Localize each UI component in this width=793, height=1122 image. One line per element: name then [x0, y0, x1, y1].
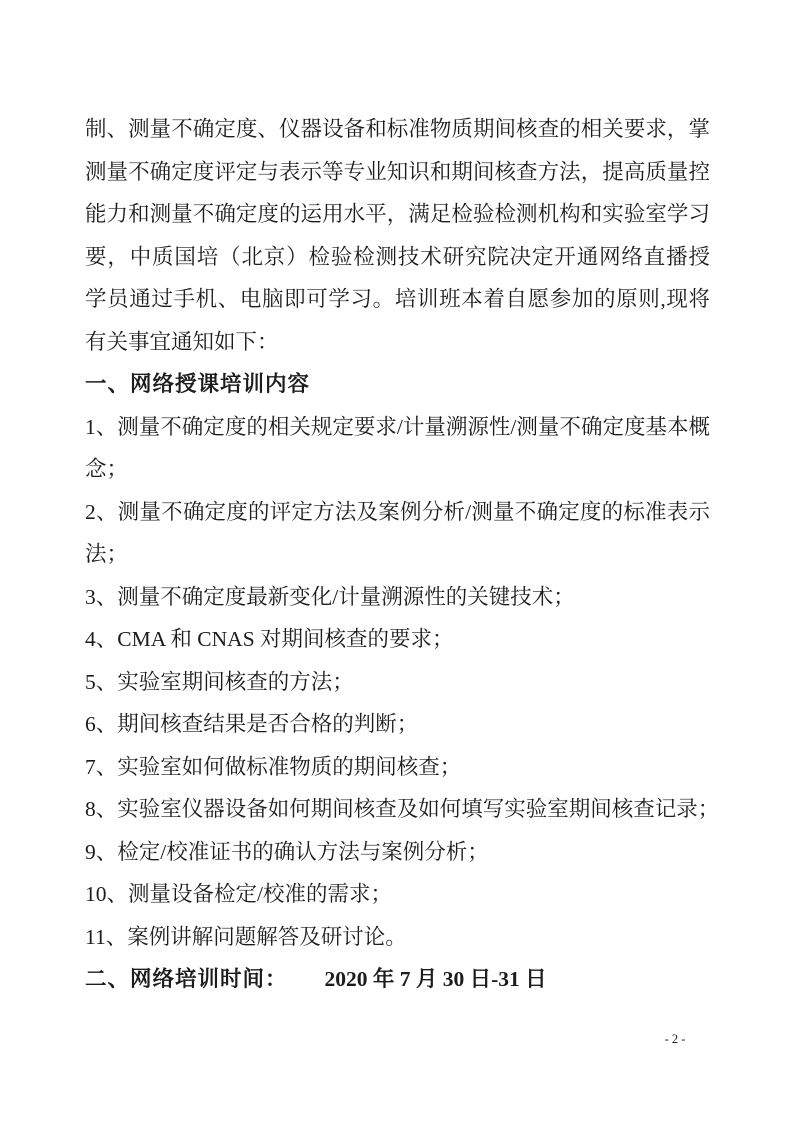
- intro-paragraph-line: 学员通过手机、电脑即可学习。培训班本着自愿参加的原则,现将培训: [85, 278, 710, 321]
- list-item-line: 念；: [85, 448, 710, 491]
- list-item-line: 1、测量不确定度的相关规定要求/计量溯源性/测量不确定度基本概: [85, 406, 710, 449]
- intro-paragraph-line: 要，中质国培（北京）检验检测技术研究院决定开通网络直播授课。: [85, 236, 710, 279]
- list-item-line: 3、测量不确定度最新变化/计量溯源性的关键技术；: [85, 576, 710, 619]
- page-number: - 2 -: [640, 1032, 710, 1047]
- list-item-line: 11、案例讲解问题解答及研讨论。: [85, 916, 710, 959]
- list-item-line: 5、实验室期间核查的方法；: [85, 661, 710, 704]
- section-2-heading: 二、网络培训时间：: [85, 958, 288, 1001]
- training-date: 2020 年 7 月 30 日-31 日: [325, 958, 547, 1001]
- section-2-line: 二、网络培训时间： 2020 年 7 月 30 日-31 日: [85, 958, 710, 1001]
- section-1-heading: 一、网络授课培训内容: [85, 363, 710, 406]
- page-body: 制、测量不确定度、仪器设备和标准物质期间核查的相关要求，掌握 测量不确定度评定与…: [85, 108, 710, 1001]
- list-item-line: 法；: [85, 533, 710, 576]
- list-item-line: 4、CMA 和 CNAS 对期间核查的要求；: [85, 618, 710, 661]
- list-item-line: 10、测量设备检定/校准的需求；: [85, 873, 710, 916]
- intro-paragraph-line: 有关事宜通知如下：: [85, 321, 710, 364]
- intro-paragraph-line: 制、测量不确定度、仪器设备和标准物质期间核查的相关要求，掌握: [85, 108, 710, 151]
- list-item-line: 2、测量不确定度的评定方法及案例分析/测量不确定度的标准表示方: [85, 491, 710, 534]
- document-page: 制、测量不确定度、仪器设备和标准物质期间核查的相关要求，掌握 测量不确定度评定与…: [0, 0, 793, 1122]
- list-item-line: 6、期间核查结果是否合格的判断；: [85, 703, 710, 746]
- intro-paragraph-line: 能力和测量不确定度的运用水平，满足检验检测机构和实验室学习需: [85, 193, 710, 236]
- list-item-line: 9、检定/校准证书的确认方法与案例分析；: [85, 831, 710, 874]
- intro-paragraph-line: 测量不确定度评定与表示等专业知识和期间核查方法，提高质量控制: [85, 151, 710, 194]
- list-item-line: 7、实验室如何做标准物质的期间核查；: [85, 746, 710, 789]
- list-item-line: 8、实验室仪器设备如何期间核查及如何填写实验室期间核查记录；: [85, 788, 710, 831]
